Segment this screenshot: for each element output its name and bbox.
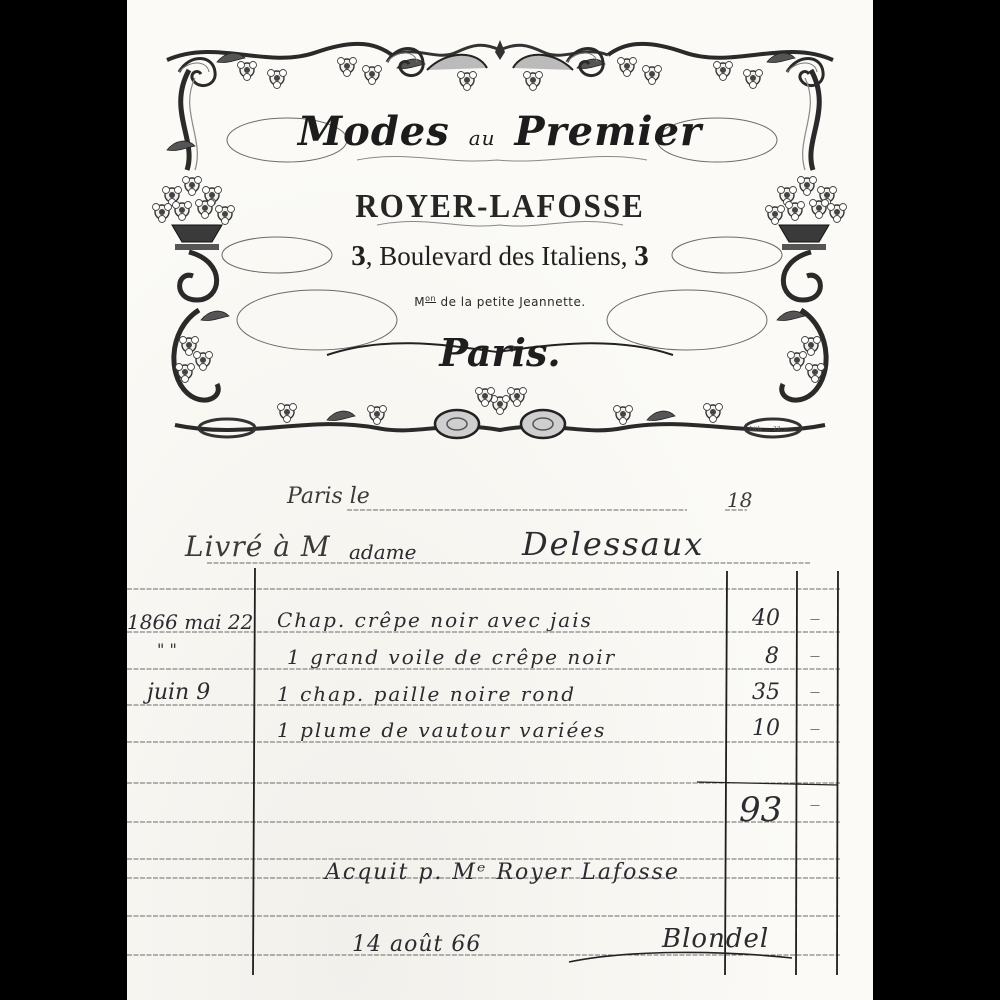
row-2-centimes: — (810, 651, 820, 662)
year-prefix: 18 (727, 488, 752, 512)
row-1-centimes: — (810, 614, 820, 625)
right-column-rule (837, 571, 838, 975)
row-3-centimes: — (810, 687, 820, 698)
row-1-description: Chap. crêpe noir avec jais (277, 608, 593, 632)
invoice-page: Modes au Premier ROYER-LAFOSSE 3, Boulev… (127, 0, 873, 1000)
acquit-text: Acquit p. Mᵉ Royer Lafosse (325, 860, 680, 885)
delivered-label: Livré à M (185, 530, 331, 563)
signature-underline (567, 940, 797, 970)
row-2-description: 1 grand voile de crêpe noir (287, 645, 616, 669)
ledger-rules (127, 0, 873, 1000)
row-3-francs: 35 (752, 680, 780, 705)
row-4-description: 1 plume de vautour variées (277, 718, 606, 742)
total-centimes: — (810, 800, 820, 811)
row-2-francs: 8 (765, 644, 779, 669)
row-1-date: 1866 mai 22 (127, 610, 253, 634)
receipt-date: 14 août 66 (352, 932, 481, 957)
row-3-description: 1 chap. paille noire rond (277, 682, 576, 706)
total-francs: 93 (739, 790, 782, 830)
row-1-francs: 40 (752, 606, 780, 631)
row-2-date: " " (157, 640, 177, 659)
place-label: Paris le (287, 484, 370, 509)
row-4-francs: 10 (752, 716, 780, 741)
row-4-centimes: — (810, 724, 820, 735)
row-3-date: juin 9 (147, 680, 210, 705)
recipient-title: adame (349, 540, 416, 564)
recipient-name: Delessaux (522, 525, 704, 563)
centimes-column-rule (796, 571, 797, 975)
